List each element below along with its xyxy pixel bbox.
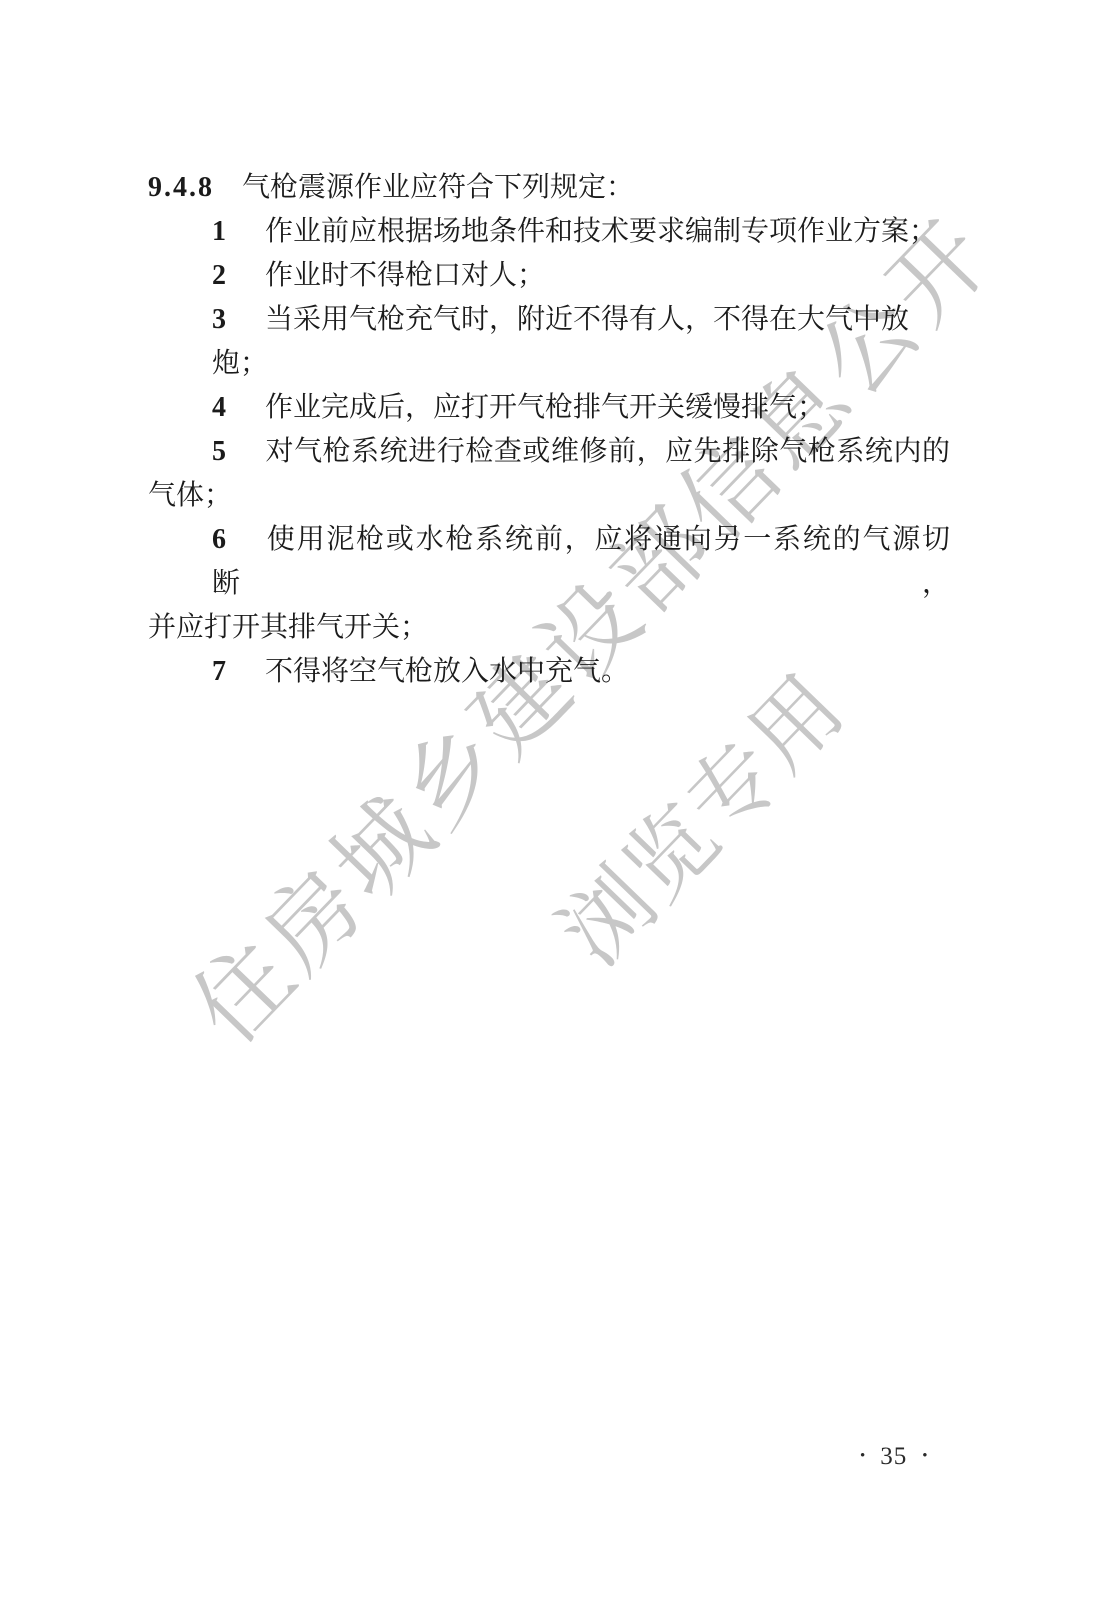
list-item-3: 3 当采用气枪充气时，附近不得有人，不得在大气中放炮；	[148, 298, 950, 386]
document-body: 9.4.8气枪震源作业应符合下列规定： 1 作业前应根据场地条件和技术要求编制专…	[148, 166, 950, 694]
list-item-2-number: 2	[212, 254, 258, 298]
list-item-6-number: 6	[212, 518, 258, 562]
list-item-1: 1 作业前应根据场地条件和技术要求编制专项作业方案；	[148, 210, 950, 254]
list-item-4-text: 作业完成后，应打开气枪排气开关缓慢排气；	[265, 392, 825, 423]
list-item-5-continuation-text: 气体；	[148, 480, 232, 511]
page-number-right-dot: •	[922, 1449, 927, 1464]
list-item-6-text: 使用泥枪或水枪系统前，应将通向另一系统的气源切断，	[212, 524, 950, 599]
list-item-3-number: 3	[212, 298, 258, 342]
page-number-left-dot: •	[860, 1449, 865, 1464]
list-item-6-continuation: 并应打开其排气开关；	[148, 606, 950, 650]
page-number: • 35 •	[860, 1444, 928, 1469]
list-item-1-number: 1	[212, 210, 258, 254]
list-item-5-continuation: 气体；	[148, 474, 950, 518]
page-number-value: 35	[880, 1444, 907, 1469]
list-item-6: 6 使用泥枪或水枪系统前，应将通向另一系统的气源切断，	[148, 518, 950, 606]
list-item-4-number: 4	[212, 386, 258, 430]
list-item-1-text: 作业前应根据场地条件和技术要求编制专项作业方案；	[265, 216, 937, 247]
list-item-4: 4 作业完成后，应打开气枪排气开关缓慢排气；	[148, 386, 950, 430]
list-item-2-text: 作业时不得枪口对人；	[265, 260, 545, 291]
list-item-3-text: 当采用气枪充气时，附近不得有人，不得在大气中放炮；	[212, 304, 909, 379]
list-item-5-text: 对气枪系统进行检查或维修前，应先排除气枪系统内的	[266, 436, 950, 467]
list-item-2: 2 作业时不得枪口对人；	[148, 254, 950, 298]
list-item-7-text: 不得将空气枪放入水中充气。	[265, 656, 629, 687]
list-item-7-number: 7	[212, 650, 258, 694]
section-title: 气枪震源作业应符合下列规定：	[242, 172, 634, 203]
section-number: 9.4.8	[148, 166, 242, 210]
list-item-7: 7 不得将空气枪放入水中充气。	[148, 650, 950, 694]
section-heading: 9.4.8气枪震源作业应符合下列规定：	[148, 166, 950, 210]
list-item-6-continuation-text: 并应打开其排气开关；	[148, 612, 428, 643]
document-page: 住房城乡建设部信息公开 浏览专用 9.4.8气枪震源作业应符合下列规定： 1 作…	[0, 0, 1102, 1598]
list-item-5-number: 5	[212, 430, 258, 474]
list-item-5: 5 对气枪系统进行检查或维修前，应先排除气枪系统内的	[148, 430, 950, 474]
